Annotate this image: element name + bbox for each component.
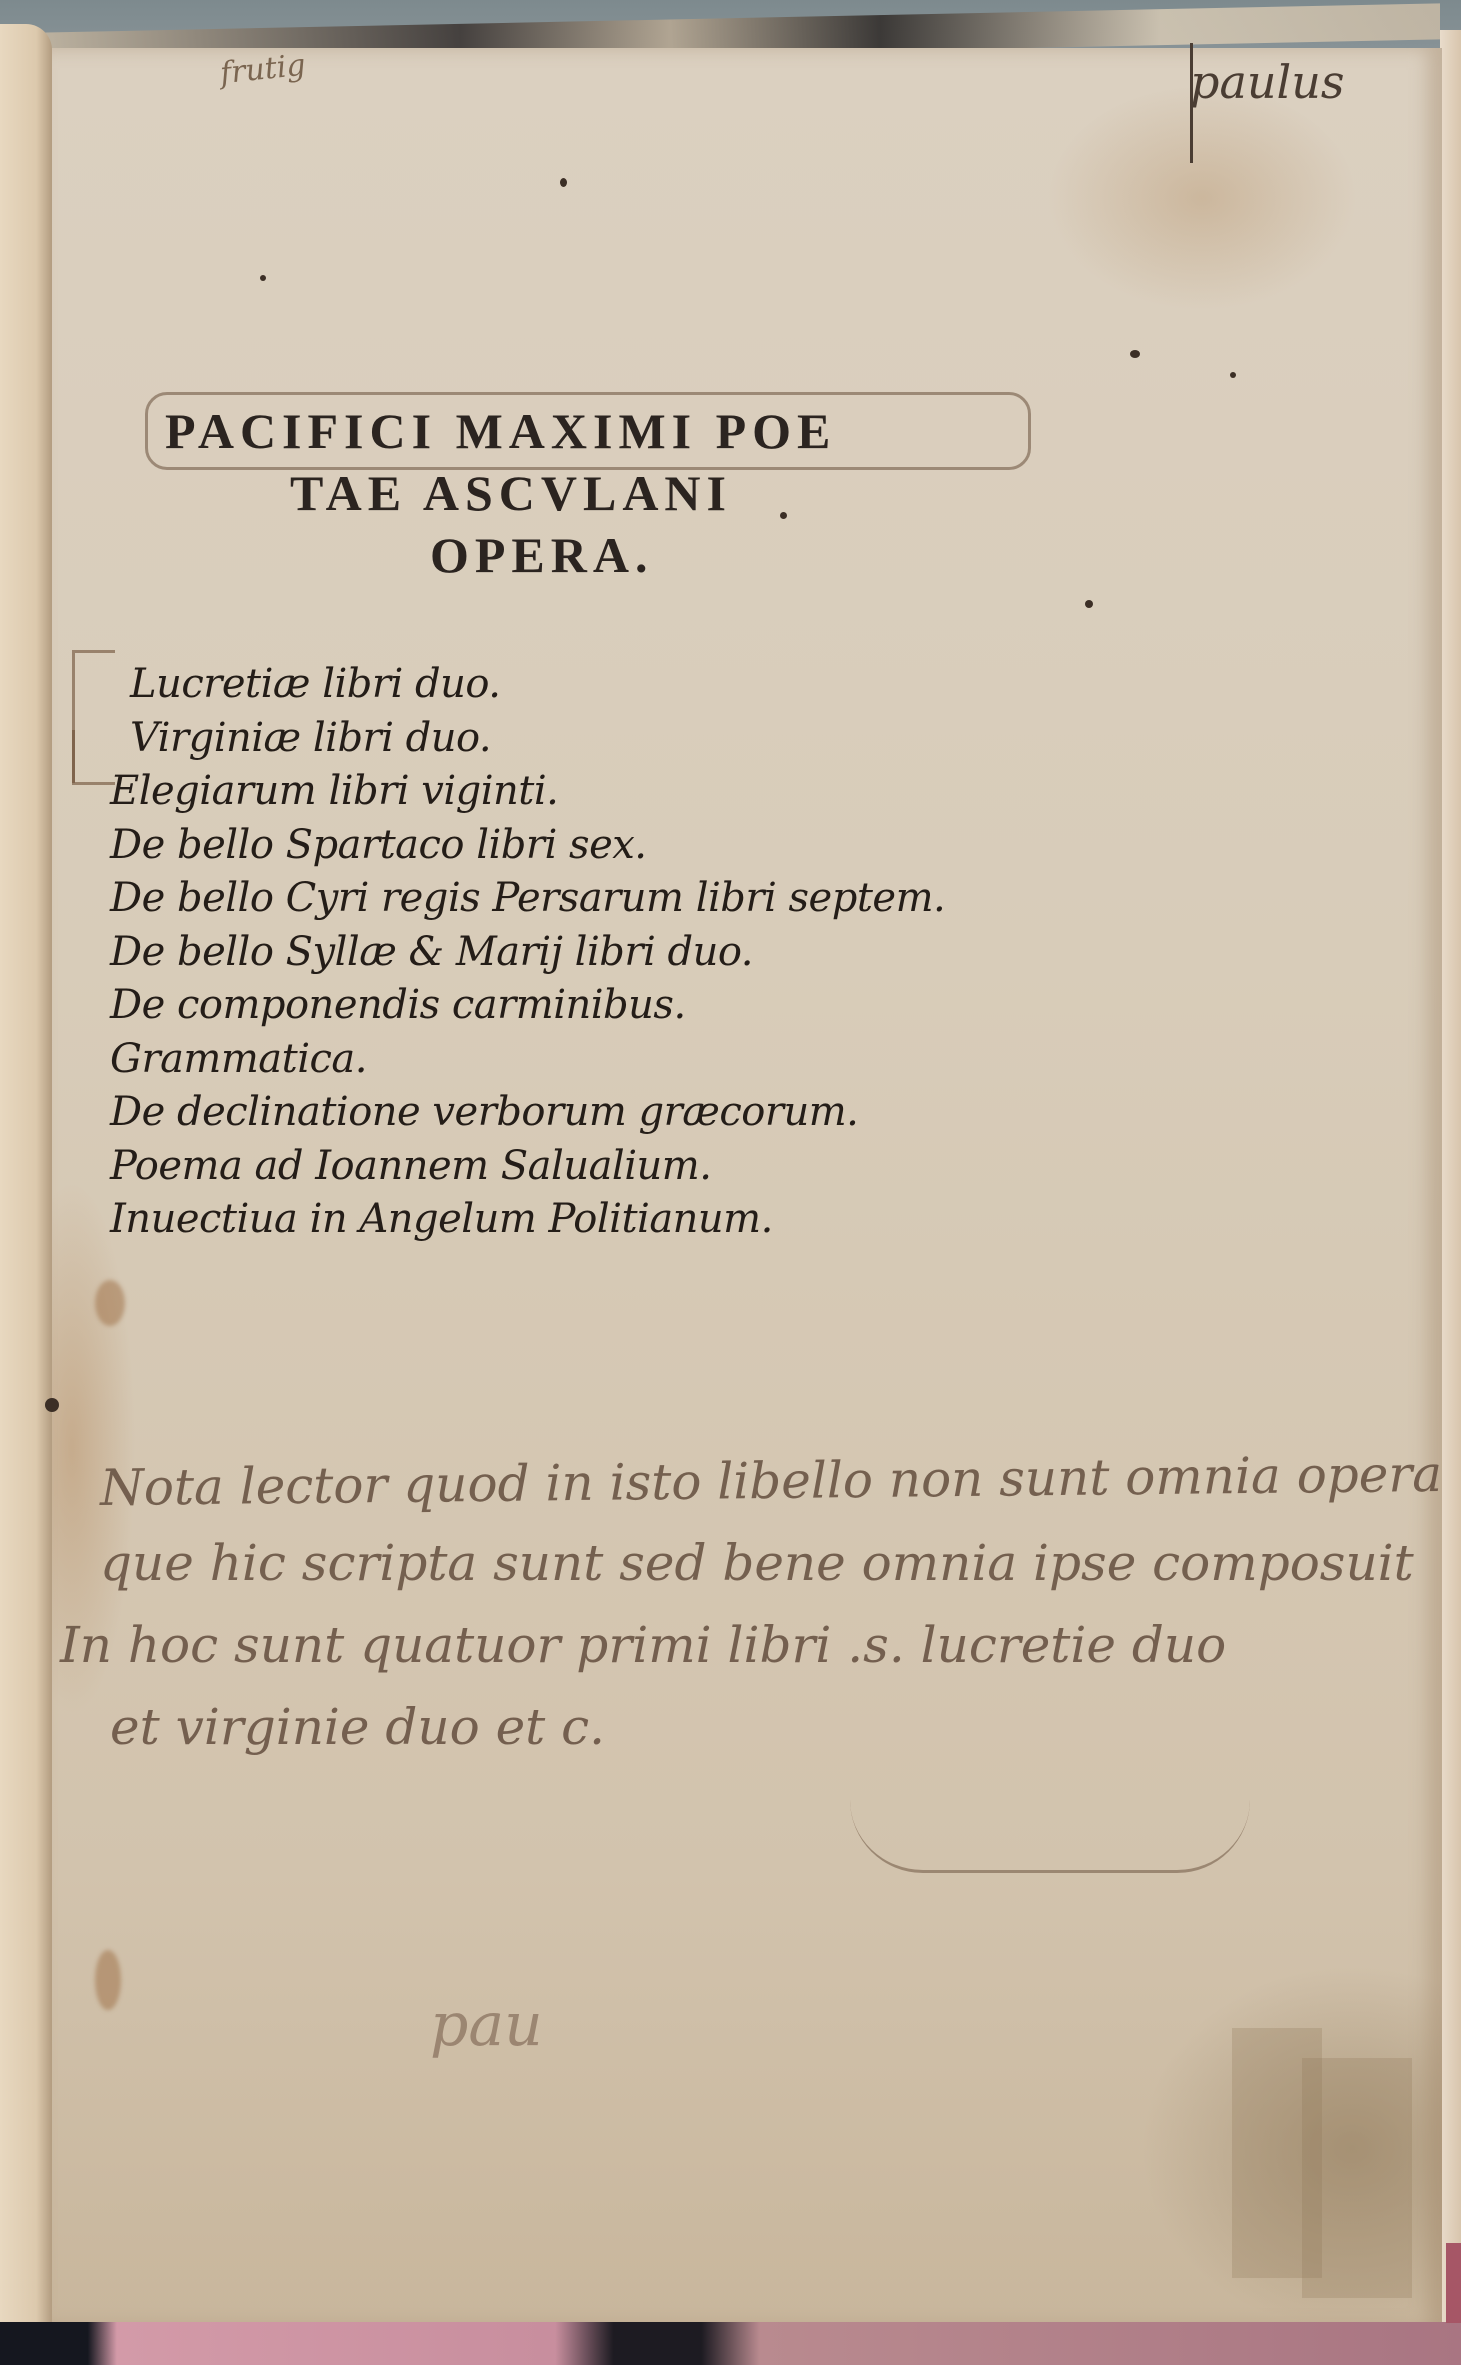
ink-speck	[1085, 600, 1093, 608]
marginalia-bottom: pau	[430, 1990, 543, 2060]
cloth-edge	[1446, 2243, 1461, 2323]
contents-item: De componendis carminibus.	[110, 979, 1010, 1033]
contents-item: De bello Spartaco libri sex.	[110, 819, 1010, 873]
contents-item: Poema ad Ioannem Salualium.	[110, 1140, 1010, 1194]
stain	[95, 1950, 121, 2010]
ink-speck	[260, 275, 266, 281]
contents-item: Virginiæ libri duo.	[130, 712, 1010, 766]
stain	[95, 1280, 125, 1326]
ink-speck	[560, 178, 567, 187]
book-title: PACIFICI MAXIMI POE TAE ASCVLANI OPERA.	[165, 400, 1045, 586]
title-line-2: TAE ASCVLANI	[290, 462, 1045, 524]
contents-list: Lucretiæ libri duo. Virginiæ libri duo. …	[110, 658, 1010, 1247]
facing-leaf-edge	[0, 24, 52, 2365]
contents-item: Grammatica.	[110, 1033, 1010, 1087]
note-line: Nota lector quod in isto libello non sun…	[100, 1433, 1441, 1529]
ink-speck	[1230, 372, 1236, 378]
note-line: que hic scripta sunt sed bene omnia ipse…	[100, 1522, 1440, 1604]
contents-bracket	[72, 730, 115, 785]
contents-item: De bello Cyri regis Persarum libri septe…	[110, 872, 1010, 926]
ink-speck	[45, 1398, 59, 1412]
contents-item: De declinatione verborum græcorum.	[110, 1086, 1010, 1140]
note-flourish	[850, 1800, 1250, 1873]
handwritten-note: Nota lector quod in isto libello non sun…	[60, 1440, 1440, 1768]
marginalia-top-right: paulus	[1190, 55, 1344, 109]
note-line: et virginie duo et c.	[110, 1686, 1440, 1768]
title-line-3: OPERA.	[430, 524, 1045, 586]
title-line-1: PACIFICI MAXIMI POE	[165, 400, 1045, 462]
ink-speck	[1130, 350, 1140, 358]
contents-item: Elegiarum libri viginti.	[110, 765, 1010, 819]
foxing-patch	[1302, 2058, 1412, 2298]
cloth-under-book	[0, 2322, 1461, 2365]
contents-item: De bello Syllæ & Marij libri duo.	[110, 926, 1010, 980]
note-line: In hoc sunt quatuor primi libri .s. lucr…	[60, 1604, 1440, 1686]
contents-item: Inuectiua in Angelum Politianum.	[110, 1193, 1010, 1247]
page-right-edge	[1440, 30, 1461, 2360]
contents-item: Lucretiæ libri duo.	[130, 658, 1010, 712]
